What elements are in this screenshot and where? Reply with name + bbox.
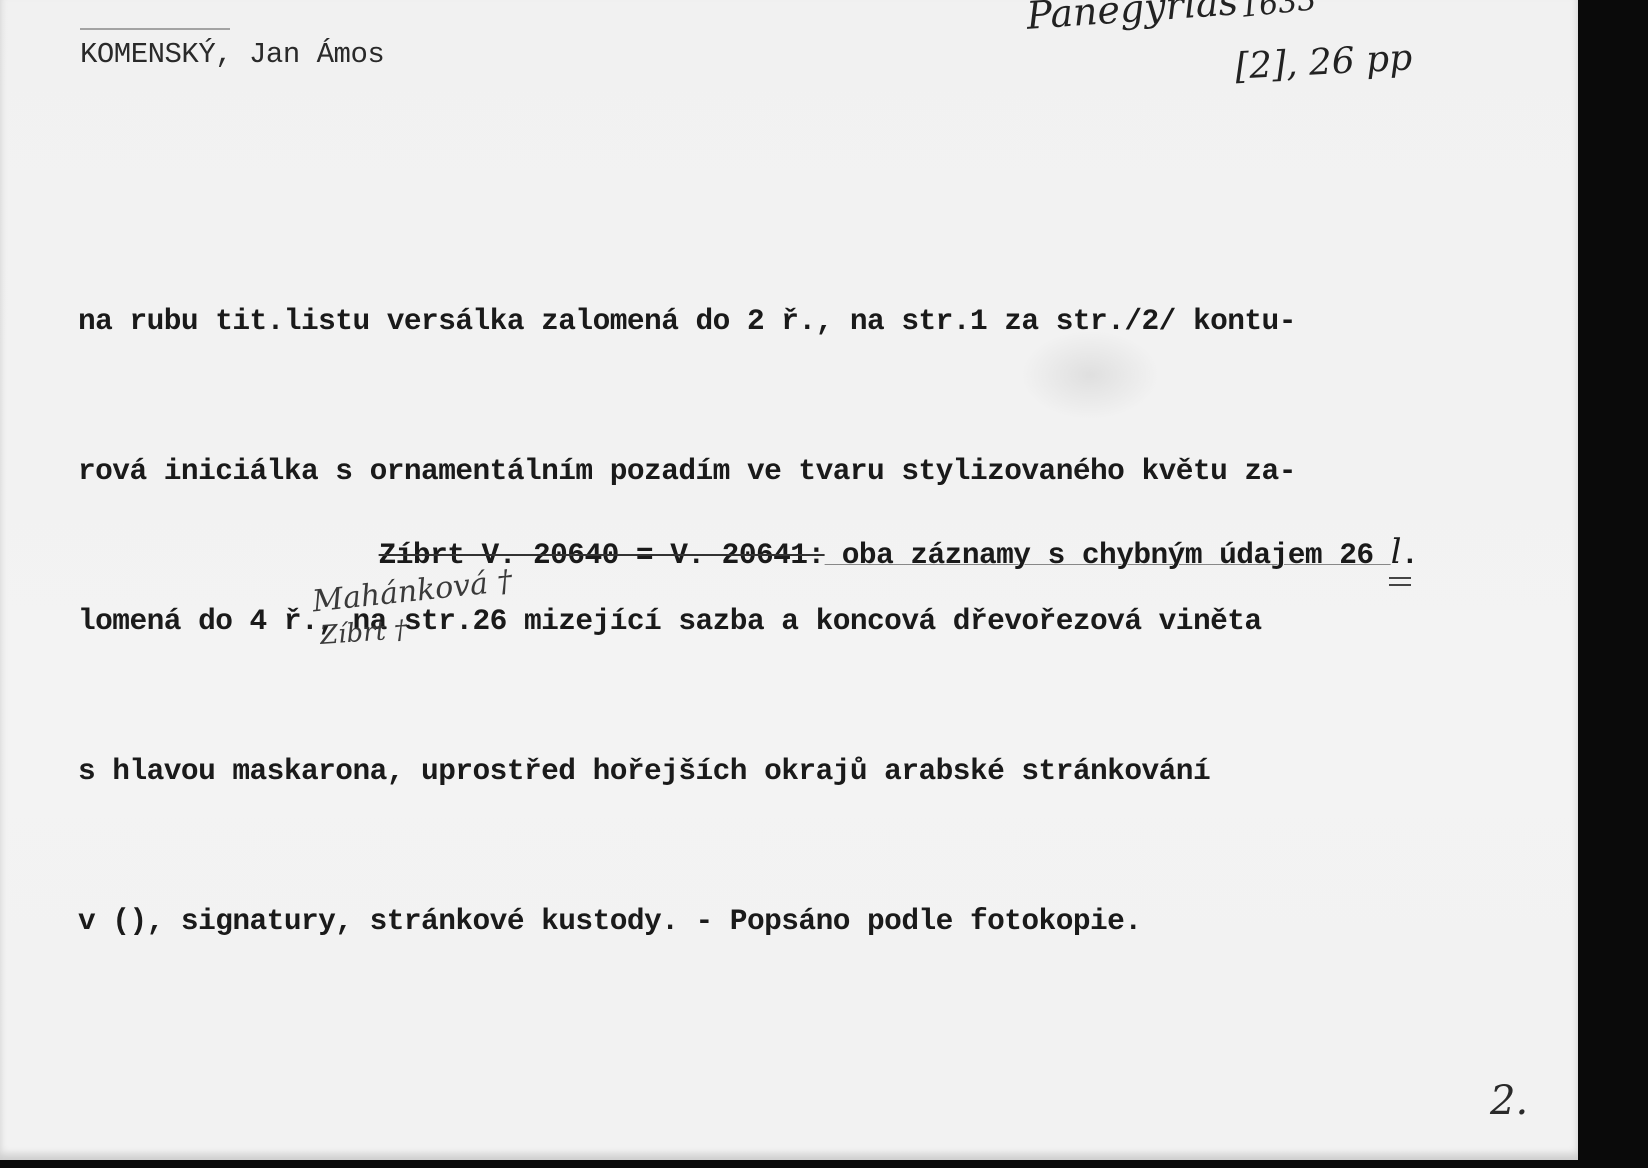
handwritten-correction: l — [1391, 532, 1401, 572]
author-name: KOMENSKÝ, Jan Ámos — [80, 38, 384, 71]
reference-period: . — [1401, 538, 1418, 572]
card-number: 2. — [1490, 1078, 1528, 1124]
description-block: na rubu tit.listu versálka zalomená do 2… — [78, 196, 1296, 1046]
handwritten-title: Panegyrias — [1025, 0, 1239, 38]
handwritten-pagination: [2], 26 pp — [1234, 37, 1413, 87]
description-line: s hlavou maskarona, uprostřed hořejších … — [78, 746, 1296, 796]
struck-reference: Zíbrt V. 20640 = V. 20641: — [379, 538, 825, 572]
catalog-card: KOMENSKÝ, Jan Ámos Panegyrias 1633 [2], … — [0, 0, 1578, 1160]
reference-note: oba záznamy s chybným údajem 26 — [825, 538, 1391, 572]
description-line: rová iniciálka s ornamentálním pozadím v… — [78, 446, 1296, 496]
description-line: na rubu tit.listu versálka zalomená do 2… — [78, 296, 1296, 346]
heading-rule — [80, 28, 230, 30]
card-heading: KOMENSKÝ, Jan Ámos — [80, 38, 384, 71]
handwritten-year: 1633 — [1238, 0, 1318, 25]
description-line: v (), signatury, stránkové kustody. - Po… — [78, 896, 1296, 946]
handwritten-note: Zíbrt † — [319, 615, 408, 651]
